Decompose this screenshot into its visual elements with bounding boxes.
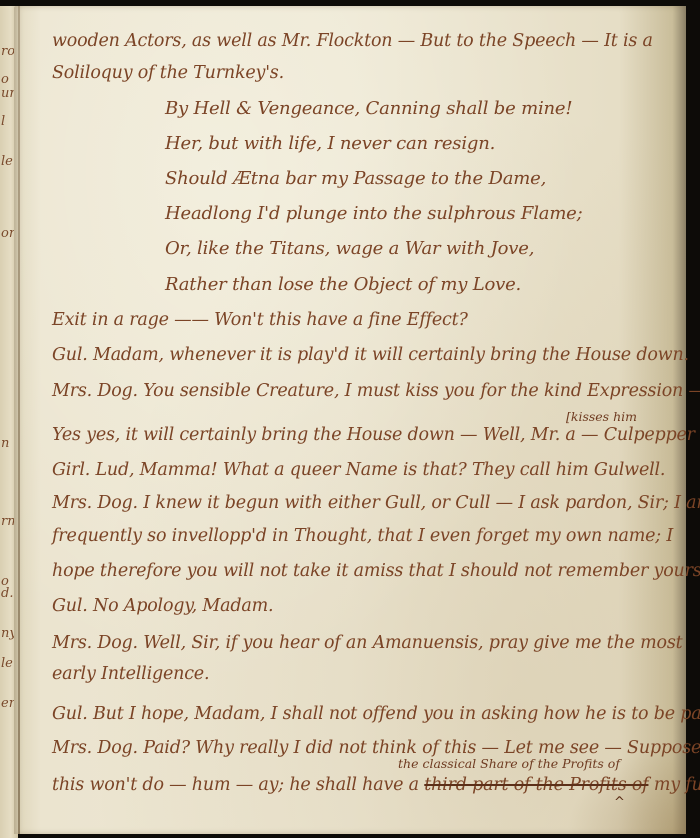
dialogue-line: Yes yes, it will certainly bring the Hou… xyxy=(52,427,700,445)
dialogue-line: Mrs. Dog. I knew it begun with either Gu… xyxy=(52,495,700,513)
margin-fragment: l xyxy=(1,114,5,129)
gutter-fold xyxy=(18,6,20,834)
verse-line: Should Ætna bar my Passage to the Dame, xyxy=(165,170,546,188)
dialogue-line: frequently so invellopp'd in Thought, th… xyxy=(52,528,673,546)
dialogue-line: Gul. But I hope, Madam, I shall not offe… xyxy=(52,706,700,724)
interlinear-insertion: [kisses him xyxy=(566,411,637,424)
insertion-caret: ^ xyxy=(614,796,625,809)
verse-line: Or, like the Titans, wage a War with Jov… xyxy=(165,240,534,258)
dialogue-line: Gul. No Apology, Madam. xyxy=(52,598,273,616)
interlinear-insertion: the classical Share of the Profits of xyxy=(398,758,620,771)
margin-fragment: o xyxy=(1,72,9,87)
margin-fragment: n xyxy=(1,436,9,451)
dialogue-line: Mrs. Dog. Well, Sir, if you hear of an A… xyxy=(52,635,682,653)
dialogue-line: Mrs. Dog. Paid? Why really I did not thi… xyxy=(52,740,700,758)
struck-text: third part of the Profits of xyxy=(424,775,648,795)
margin-fragment: d. xyxy=(1,586,13,601)
margin-fragment: le xyxy=(1,656,13,671)
dialogue-line-with-correction: this won't do — hum — ay; he shall have … xyxy=(52,777,700,795)
stage-direction: Exit in a rage —— Won't this have a fine… xyxy=(52,312,468,330)
dialogue-line: Mrs. Dog. You sensible Creature, I must … xyxy=(52,383,700,401)
dialogue-line: early Intelligence. xyxy=(52,666,209,684)
verse-line: Her, but with life, I never can resign. xyxy=(165,135,495,153)
verse-line: Rather than lose the Object of my Love. xyxy=(165,276,521,294)
last-line-after: my future xyxy=(648,775,700,795)
text-line: wooden Actors, as well as Mr. Flockton —… xyxy=(52,33,653,51)
verse-line: By Hell & Vengeance, Canning shall be mi… xyxy=(165,100,572,118)
margin-fragment: le xyxy=(1,154,13,169)
manuscript-viewport: ro o un l le ons n rme o d. ny le en woo… xyxy=(0,0,700,838)
verse-line: Headlong I'd plunge into the sulphrous F… xyxy=(165,205,583,223)
margin-fragment: ro xyxy=(1,44,15,59)
last-line-before: this won't do — hum — ay; he shall have … xyxy=(52,775,424,795)
dialogue-line: Girl. Lud, Mamma! What a queer Name is t… xyxy=(52,462,665,480)
text-line: Soliloquy of the Turnkey's. xyxy=(52,65,284,83)
dialogue-line: hope therefore you will not take it amis… xyxy=(52,563,700,581)
dialogue-line: Gul. Madam, whenever it is play'd it wil… xyxy=(52,347,689,365)
